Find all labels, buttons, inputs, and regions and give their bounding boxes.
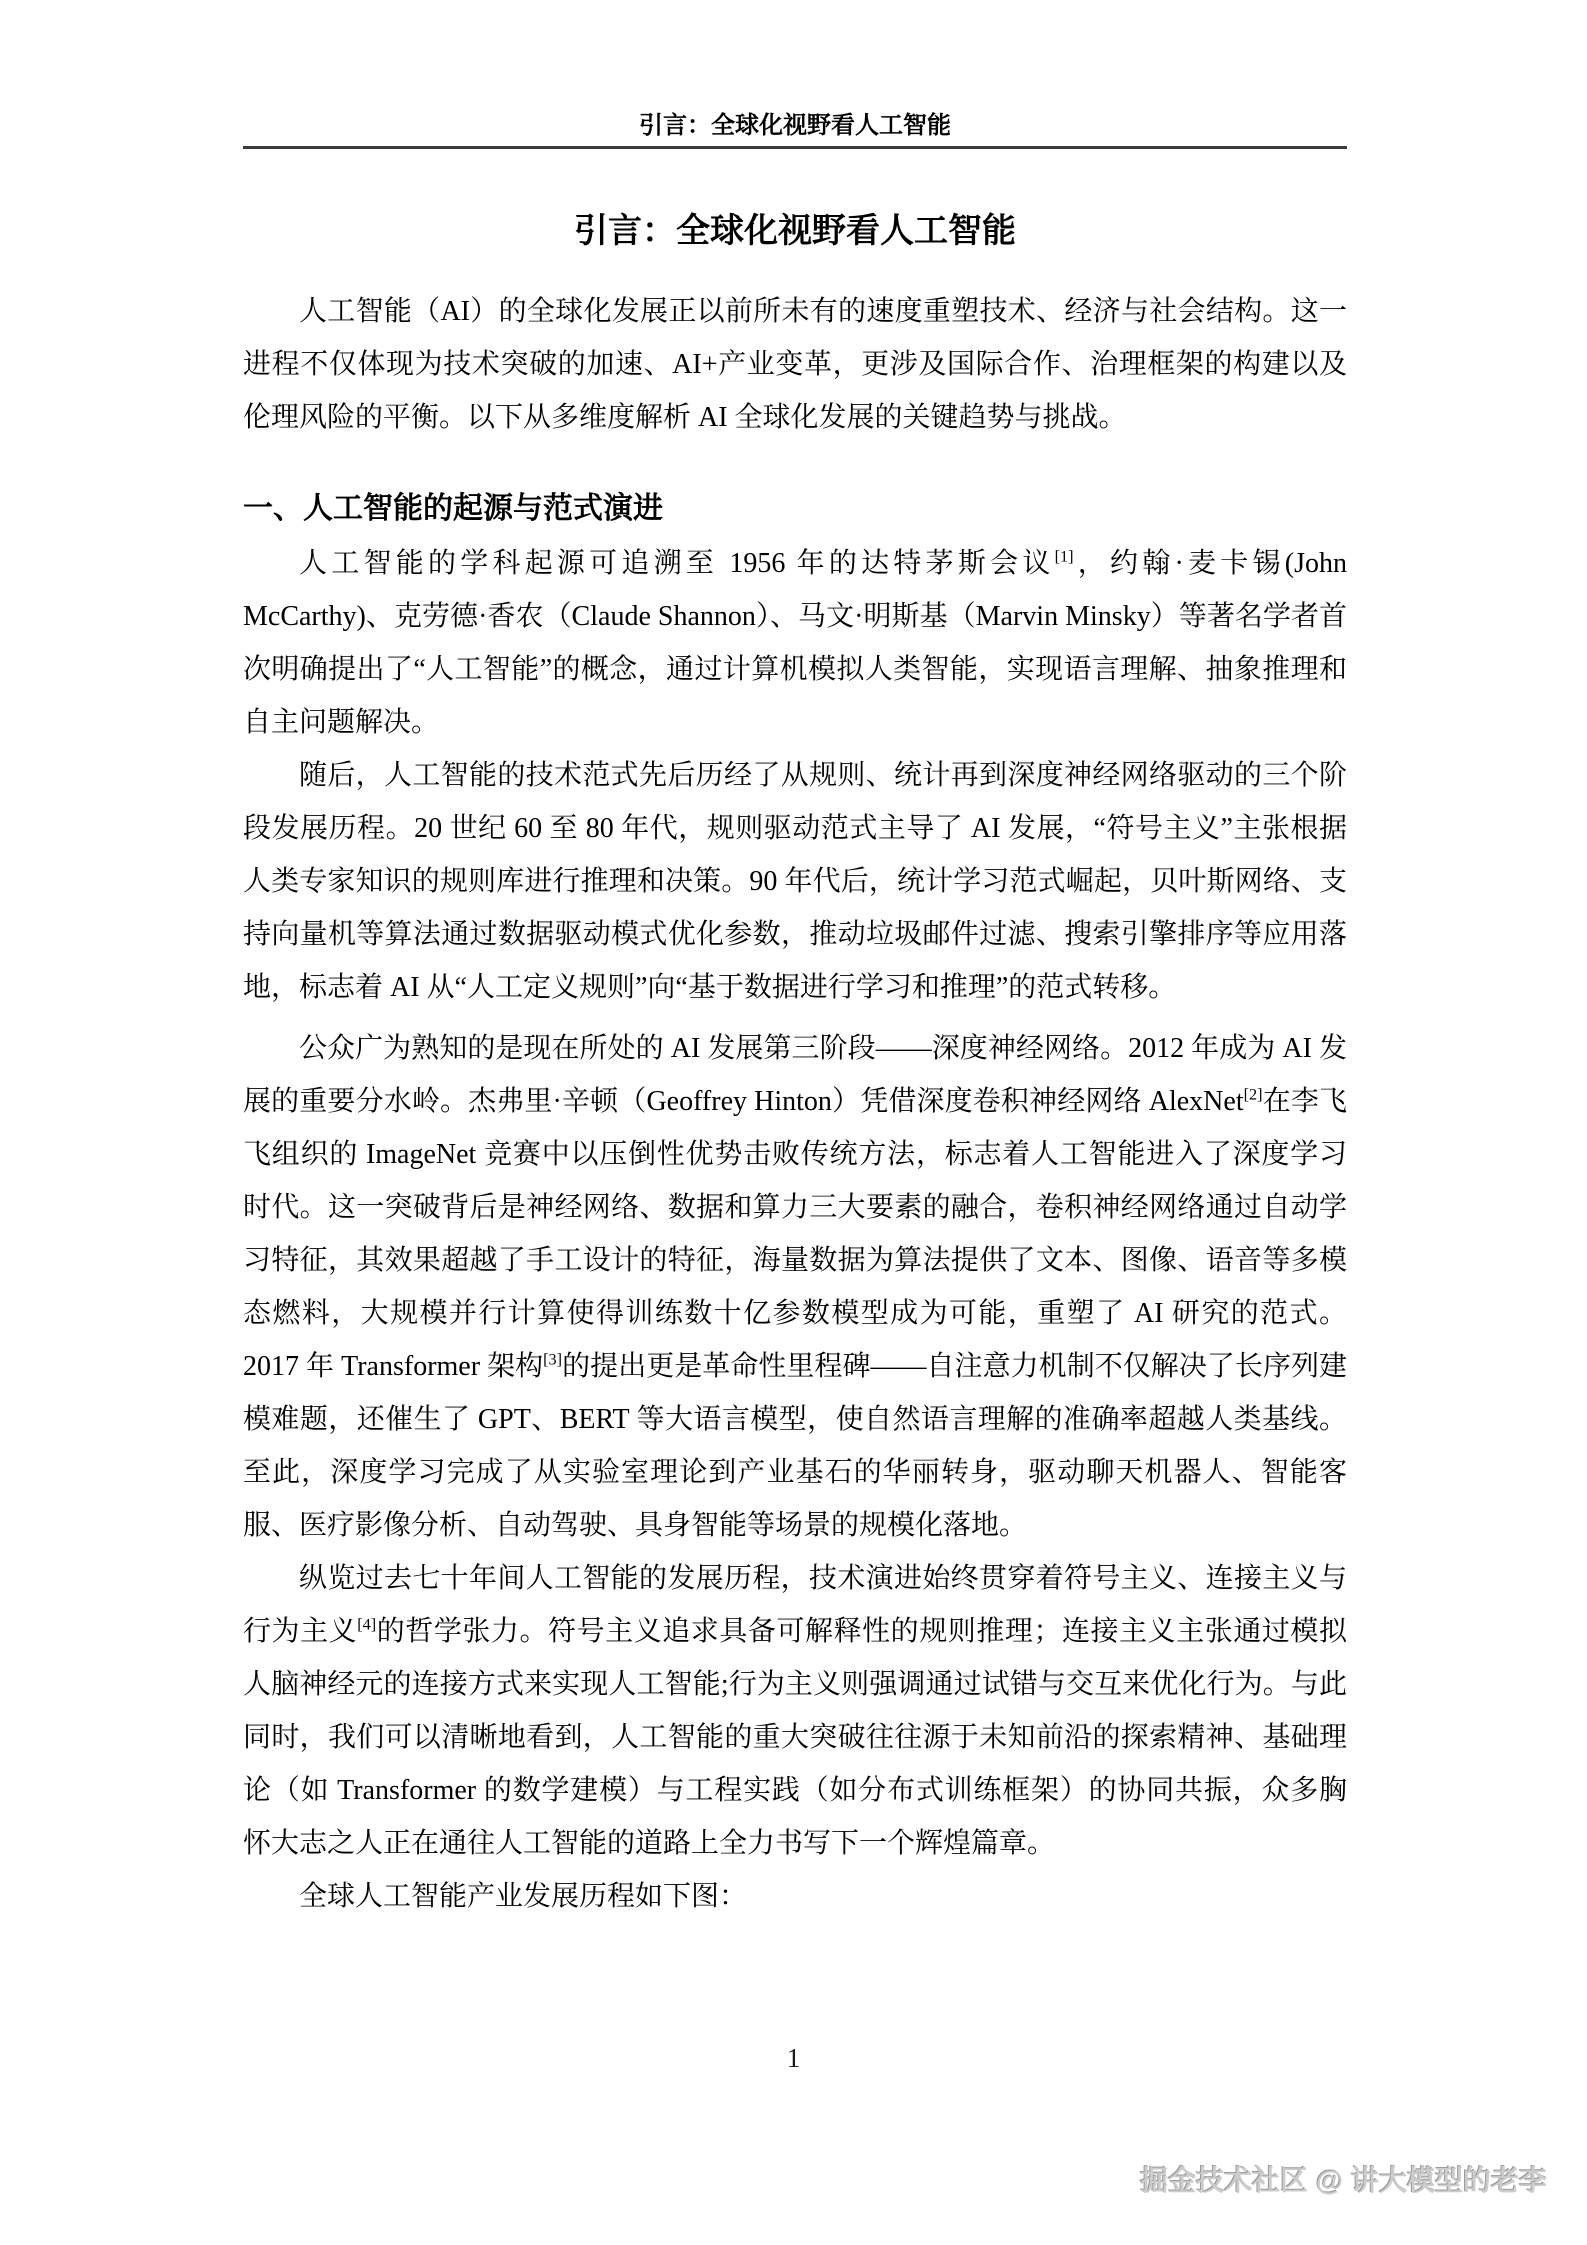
watermark-text: 掘金技术社区 @ 讲大模型的老李	[1140, 2164, 1547, 2198]
document-page: 引言：全球化视野看人工智能 引言：全球化视野看人工智能 人工智能（AI）的全球化…	[0, 0, 1587, 2245]
section-paragraph-deep-learning: 公众广为熟知的是现在所处的 AI 发展第三阶段——深度神经网络。2012 年成为…	[243, 1022, 1347, 1552]
page-content: 引言：全球化视野看人工智能 引言：全球化视野看人工智能 人工智能（AI）的全球化…	[243, 0, 1347, 1923]
running-header: 引言：全球化视野看人工智能	[243, 112, 1347, 149]
page-number: 1	[0, 2042, 1587, 2074]
section-paragraph-philosophies: 纵览过去七十年间人工智能的发展历程，技术演进始终贯穿着符号主义、连接主义与行为主…	[243, 1552, 1347, 1870]
section-paragraph-figure-lead-in: 全球人工智能产业发展历程如下图：	[243, 1870, 1347, 1923]
section-paragraph-paradigms: 随后，人工智能的技术范式先后历经了从规则、统计再到深度神经网络驱动的三个阶段发展…	[243, 749, 1347, 1014]
section-paragraph-origins: 人工智能的学科起源可追溯至 1956 年的达特茅斯会议[1]，约翰·麦卡锡(Jo…	[243, 537, 1347, 749]
section-heading: 一、人工智能的起源与范式演进	[243, 482, 1347, 535]
intro-paragraph: 人工智能（AI）的全球化发展正以前所未有的速度重塑技术、经济与社会结构。这一进程…	[243, 285, 1347, 444]
document-title: 引言：全球化视野看人工智能	[243, 205, 1347, 257]
